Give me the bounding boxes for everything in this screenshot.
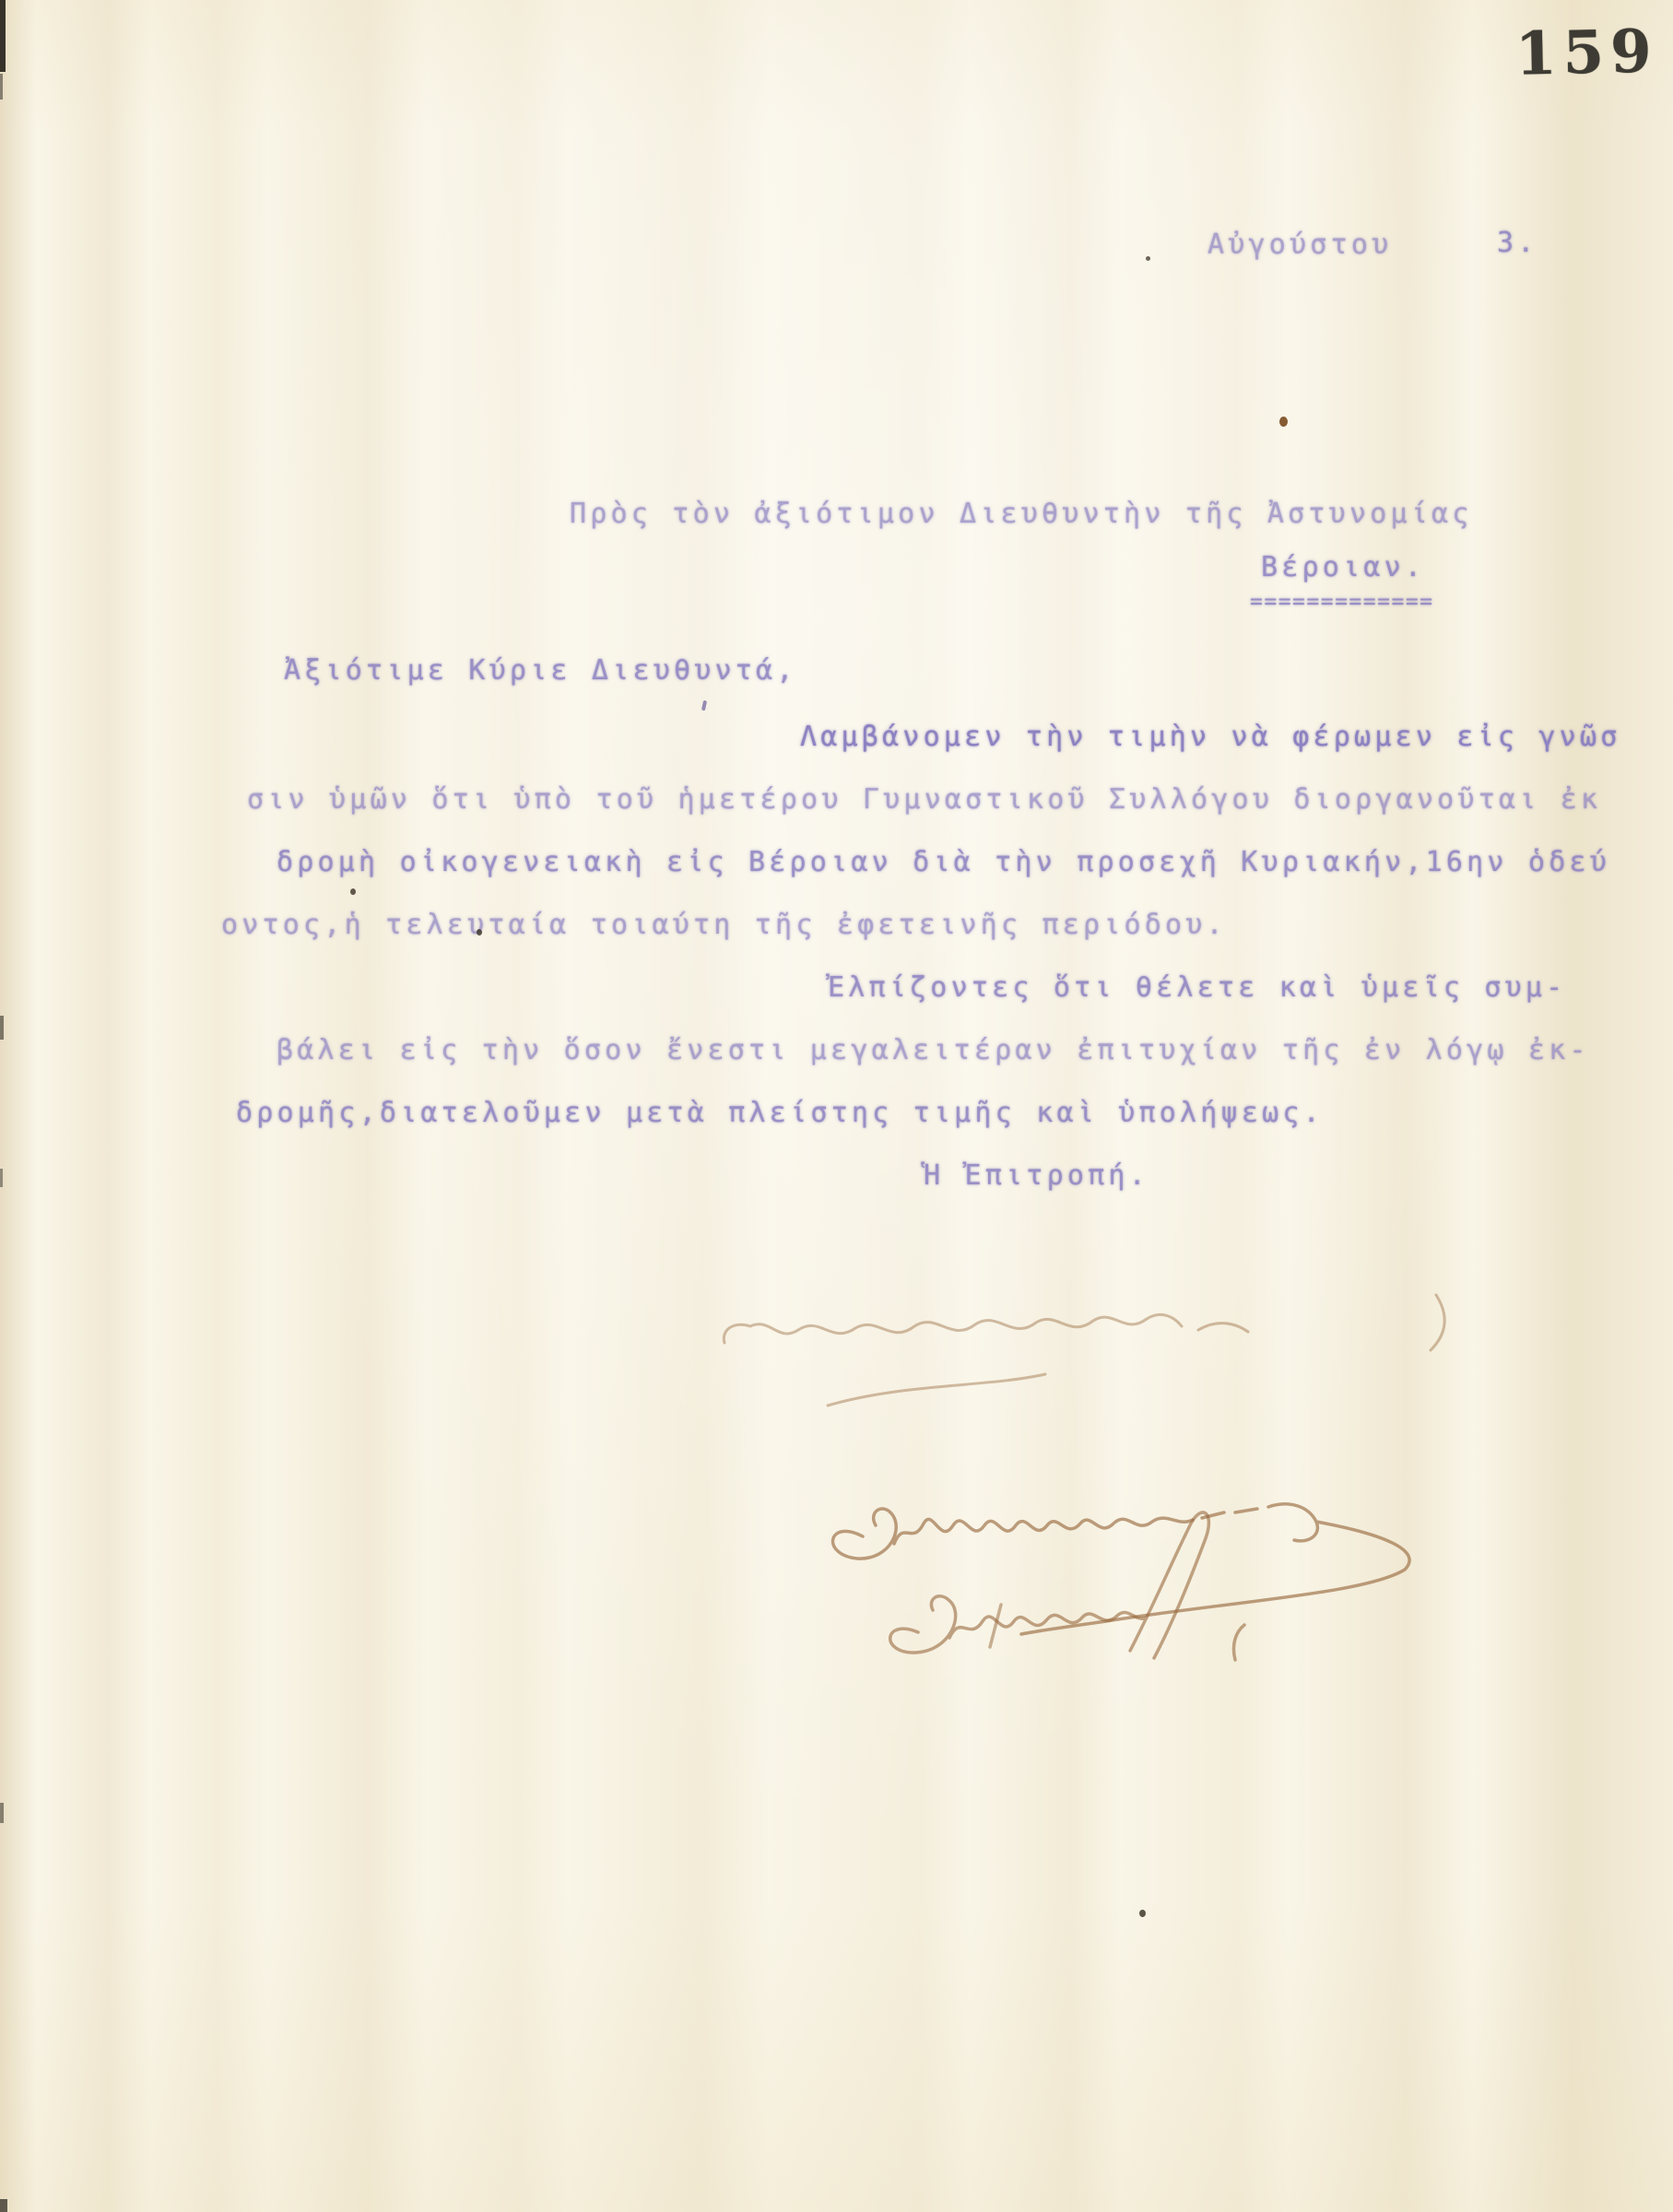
scan-edge-artifact [0, 1169, 3, 1187]
closing: Ἡ Ἐπιτροπή. [924, 1159, 1149, 1192]
salutation: Ἀξιότιμε Κύριε Διευθυντά, [284, 654, 797, 687]
scan-edge-artifact [0, 2199, 7, 2212]
ink-speck [477, 929, 482, 935]
scan-edge-artifact [0, 0, 6, 72]
body-line-4: οντος,ἡ τελευταία τοιαύτη τῆς ἐφετεινῆς … [221, 909, 1227, 941]
scan-edge-artifact [0, 74, 3, 100]
signature-3 [890, 1512, 1244, 1660]
scan-edge-artifact [0, 1016, 4, 1040]
body-line-6: βάλει εἰς τὴν ὅσον ἔνεστι μεγαλειτέραν ἐ… [277, 1034, 1590, 1066]
page-number: 159 [1514, 17, 1658, 88]
recipient-underline: ============= [1250, 590, 1434, 614]
body-line-7: δρομῆς,διατελοῦμεν μετὰ πλείστης τιμῆς κ… [236, 1097, 1324, 1129]
recipient-line-1: Πρὸς τὸν ἀξιότιμον Διευθυντὴν τῆς Ἀστυνο… [570, 498, 1473, 530]
date-month: Αὐγούστου [1208, 229, 1392, 261]
recipient-line-2: Βέροιαν. [1261, 551, 1425, 583]
ink-speck [1279, 417, 1288, 427]
ink-speck [1139, 1910, 1146, 1917]
letter-page: 159 Αὐγούστου 3. Πρὸς τὸν ἀξιότιμον Διευ… [0, 0, 1673, 2212]
stray-mark [701, 700, 707, 712]
body-line-1: Λαμβάνομεν τὴν τιμὴν νὰ φέρωμεν εἰς γνῶσ [800, 721, 1620, 753]
signature-1 [724, 1295, 1444, 1406]
signature-2 [833, 1504, 1410, 1647]
body-line-2: σιν ὑμῶν ὅτι ὑπὸ τοῦ ἡμετέρου Γυμναστικο… [247, 783, 1601, 816]
ink-speck [350, 888, 356, 895]
scan-edge-artifact [0, 1803, 4, 1823]
body-line-5: Ἐλπίζοντες ὅτι θέλετε καὶ ὑμεῖς συμ- [828, 971, 1566, 1004]
ink-speck [1146, 256, 1150, 261]
date-day: 3. [1497, 227, 1538, 259]
body-line-3: δρομὴ οἰκογενειακὴ εἰς Βέροιαν διὰ τὴν π… [277, 846, 1610, 878]
signatures [719, 1230, 1493, 1664]
